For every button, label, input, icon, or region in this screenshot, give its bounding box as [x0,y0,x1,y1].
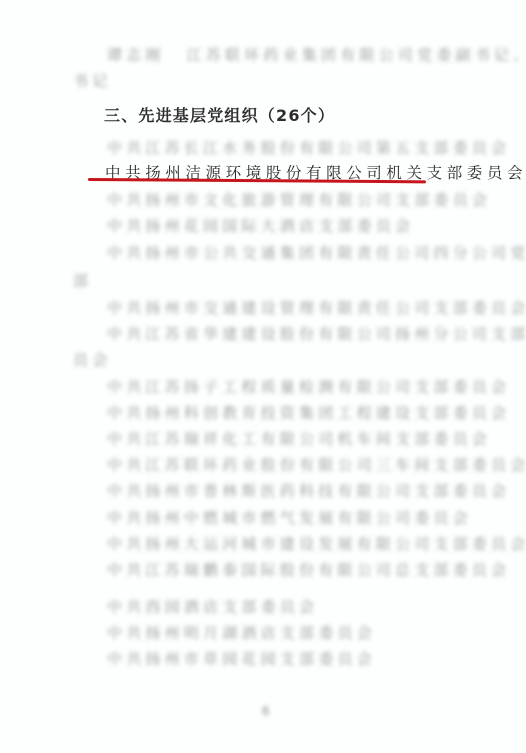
org-item-6: 中共扬州市交通建设管理有限责任公司支部委员会 [107,298,526,318]
org-item-18: 中共扬州市草园花园支部委员会 [107,649,376,669]
intro-entry-name: 谭志刚 [107,46,165,64]
page-number: 6 [262,704,270,718]
intro-entry-line2: 书记 [73,71,111,91]
org-item-10: 中共江苏瑞祥化工有限公司机车间支部委员会 [107,429,491,449]
org-item-16: 中共西园酒店支部委员会 [107,597,318,617]
intro-entry-title: 江苏联环药业集团有限公司党委副书记、纪委 [187,46,526,64]
document-page: 谭志刚江苏联环药业集团有限公司党委副书记、纪委 书记 三、先进基层党组织（26个… [0,0,526,753]
org-item-11: 中共江苏联环药业股份有限公司三车间支部委员会 [107,455,526,475]
org-item-7-wrap: 员会 [73,350,111,370]
org-item-1: 中共江苏长江水务股份有限公司第五支部委员会 [107,138,510,158]
org-item-12: 中共扬州市普林斯医药科技有限公司支部委员会 [107,481,510,501]
org-item-3: 中共扬州市文化旅游管理有限公司支部委员会 [107,190,491,210]
section-heading: 三、先进基层党组织（26个） [104,106,335,126]
org-item-14: 中共扬州大运河城市建设发展有限公司支部委员会 [107,534,526,554]
org-item-5-wrap: 部 [73,271,92,291]
org-item-13: 中共扬州中燃城市燃气发展有限公司委员会 [107,508,472,528]
org-item-17: 中共扬州明月湖酒店支部委员会 [107,623,376,643]
org-item-5: 中共扬州市公共交通集团有限责任公司四分公司党支 [107,243,526,263]
org-item-15: 中共江苏瑞鹏泰国际股份有限公司总支部委员会 [107,560,510,580]
org-item-8: 中共江苏扬子工程质量检测有限公司支部委员会 [107,377,510,397]
intro-entry-line1: 谭志刚江苏联环药业集团有限公司党委副书记、纪委 [107,45,526,65]
org-item-7: 中共江苏省华建建设股份有限公司扬州分公司支部委 [107,324,526,344]
org-item-4: 中共扬州花园国际大酒店支部委员会 [107,216,414,236]
org-item-9: 中共扬州科创教育投资集团工程建设支部委员会 [107,403,510,423]
